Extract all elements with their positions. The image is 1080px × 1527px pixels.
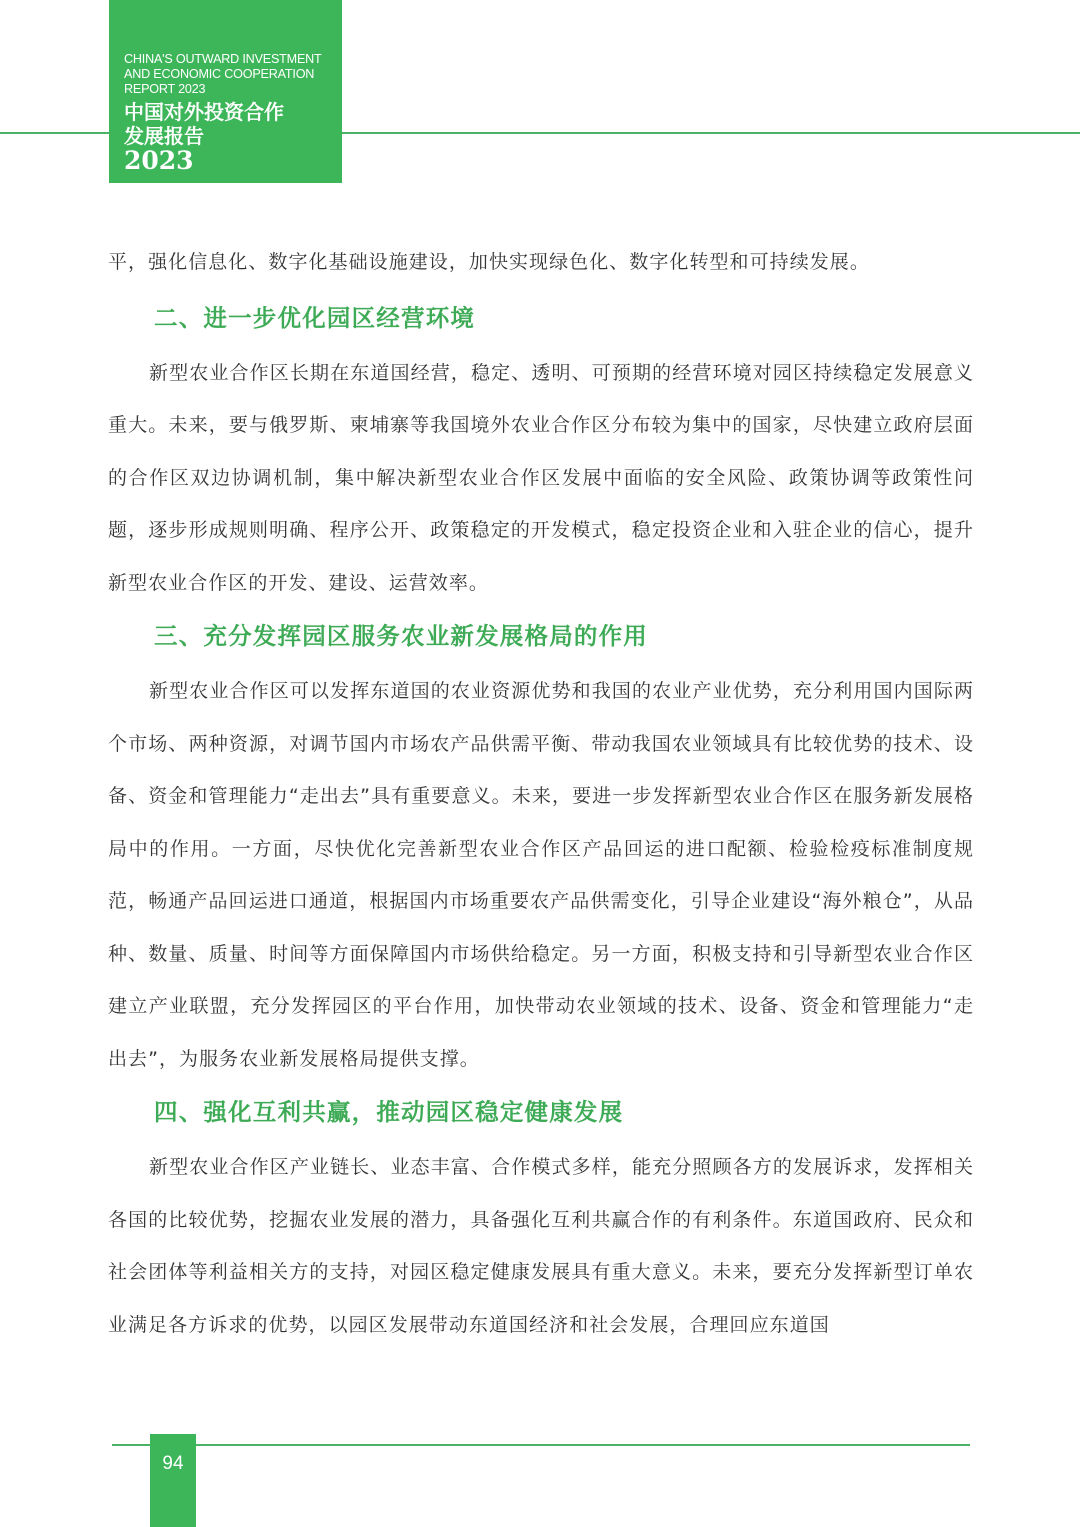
section-paragraph-3: 新型农业合作区可以发挥东道国的农业资源优势和我国的农业产业优势，充分利用国内国际… [108, 665, 974, 1085]
continued-paragraph: 平，强化信息化、数字化基础设施建设，加快实现绿色化、数字化转型和可持续发展。 [108, 236, 974, 289]
report-title-cn-line-1: 中国对外投资合作 [124, 100, 342, 124]
report-title-cn-line-2: 发展报告 [124, 124, 342, 148]
page-number: 94 [162, 1453, 183, 1474]
page-number-tab: 94 [150, 1434, 196, 1527]
report-title-block: CHINA'S OUTWARD INVESTMENT AND ECONOMIC … [109, 0, 342, 183]
section-paragraph-2: 新型农业合作区长期在东道国经营，稳定、透明、可预期的经营环境对园区持续稳定发展意… [108, 347, 974, 610]
footer-rule [112, 1444, 970, 1446]
report-title-en-line-2: AND ECONOMIC COOPERATION [124, 67, 342, 82]
report-year: 2023 [124, 148, 342, 174]
report-title-en-line-1: CHINA'S OUTWARD INVESTMENT [124, 52, 342, 67]
section-heading-2: 二、进一步优化园区经营环境 [108, 291, 974, 345]
section-heading-4: 四、强化互利共赢，推动园区稳定健康发展 [108, 1085, 974, 1139]
section-paragraph-4: 新型农业合作区产业链长、业态丰富、合作模式多样，能充分照顾各方的发展诉求，发挥相… [108, 1141, 974, 1351]
report-title-en-line-3: REPORT 2023 [124, 82, 342, 97]
section-heading-3: 三、充分发挥园区服务农业新发展格局的作用 [108, 609, 974, 663]
page-body: 平，强化信息化、数字化基础设施建设，加快实现绿色化、数字化转型和可持续发展。 二… [108, 236, 974, 1351]
